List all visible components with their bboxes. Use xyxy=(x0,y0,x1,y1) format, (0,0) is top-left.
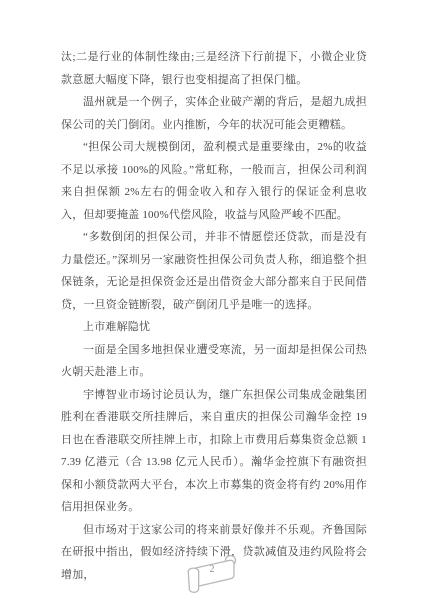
paragraph: 温州就是一个例子，实体企业破产潮的背后，是超九成担保公司的关门倒闭。业内推断，今… xyxy=(61,91,367,136)
paragraph: 一面是全国多地担保业遭受寒流，另一面却是担保公司热火朝天赴港上市。 xyxy=(61,339,367,384)
paragraph: “多数倒闭的担保公司，并非不情愿偿还贷款，而是没有力量偿还。”深圳另一家融资性担… xyxy=(61,226,367,316)
paragraph: 汰;二是行业的体制性缘由;三是经济下行前提下，小微企业贷款意愿大幅度下降，银行也… xyxy=(61,46,367,91)
page-footer: 2 xyxy=(183,551,241,597)
document-body: 汰;二是行业的体制性缘由;三是经济下行前提下，小微企业贷款意愿大幅度下降，银行也… xyxy=(61,46,367,586)
page-number: 2 xyxy=(183,564,241,575)
paragraph: “担保公司大规模倒闭，盈利模式是重要缘由，2%的收益不足以承接 100%的风险。… xyxy=(61,136,367,226)
paragraph: 宇博智业市场讨论员认为，继广东担保公司集成金融集团胜利在香港联交所挂牌后，来自重… xyxy=(61,384,367,519)
document-page: 汰;二是行业的体制性缘由;三是经济下行前提下，小微企业贷款意愿大幅度下降，银行也… xyxy=(0,0,424,600)
section-heading: 上市难解隐忧 xyxy=(61,316,367,339)
